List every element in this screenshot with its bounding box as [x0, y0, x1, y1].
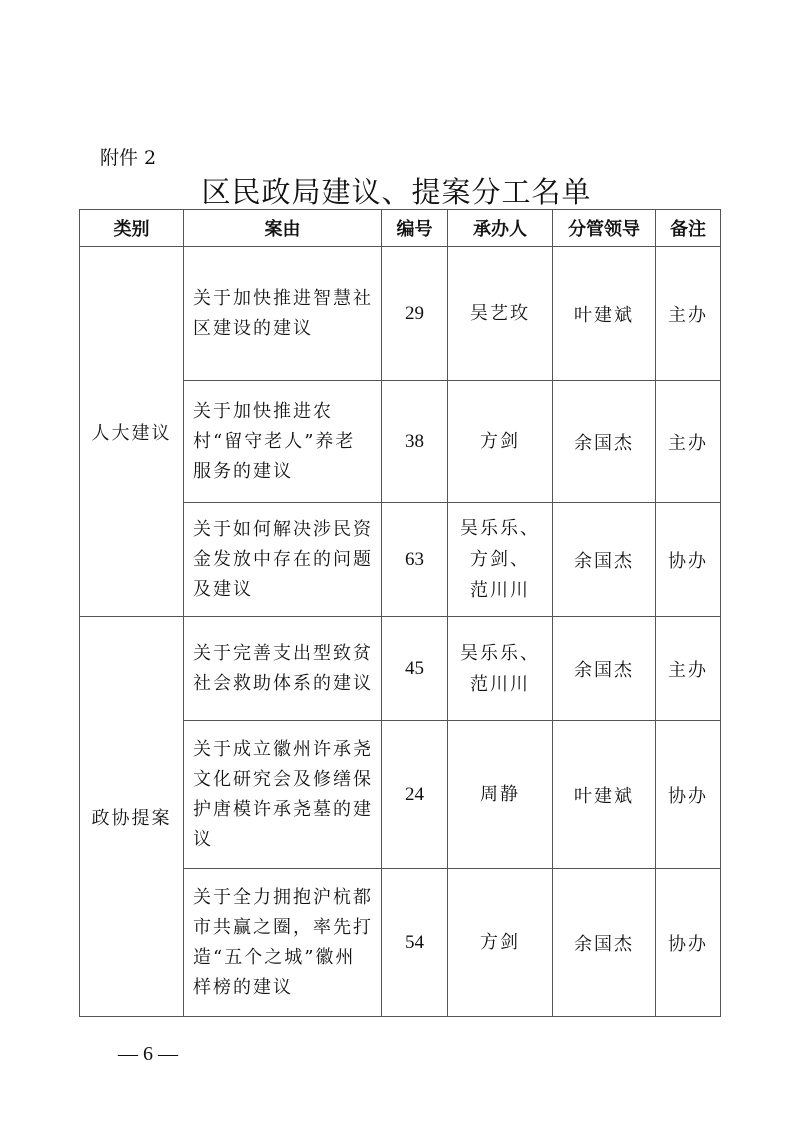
handler-name: 范川川 — [448, 575, 552, 606]
subject-cell: 关于全力拥抱沪杭都市共赢之圈，率先打造“五个之城”徽州样榜的建议 — [184, 869, 382, 1017]
leader-cell: 叶建斌 — [553, 247, 656, 381]
handler-cell: 吴艺玫 — [448, 247, 553, 381]
subject-cell: 关于加快推进农村“留守老人”养老服务的建议 — [184, 381, 382, 503]
leader-cell: 余国杰 — [553, 617, 656, 721]
handler-cell: 方剑 — [448, 381, 553, 503]
subject-cell: 关于如何解决涉民资金发放中存在的问题及建议 — [184, 503, 382, 617]
handler-name: 范川川 — [448, 669, 552, 700]
number-cell: 38 — [382, 381, 448, 503]
number-cell: 63 — [382, 503, 448, 617]
handler-name: 周静 — [448, 779, 552, 810]
handler-name: 吴乐乐、 — [448, 513, 552, 544]
note-cell: 协办 — [656, 721, 721, 869]
table-row: 人大建议 关于加快推进智慧社区建设的建议 29 吴艺玫 叶建斌 主办 — [80, 247, 721, 381]
handler-name: 方剑 — [448, 927, 552, 958]
handler-cell: 周静 — [448, 721, 553, 869]
subject-cell: 关于加快推进智慧社区建设的建议 — [184, 247, 382, 381]
number-cell: 24 — [382, 721, 448, 869]
subject-cell: 关于成立徽州许承尧文化研究会及修缮保护唐模许承尧墓的建议 — [184, 721, 382, 869]
page-number: — 6 — — [118, 1043, 178, 1066]
header-handler: 承办人 — [448, 210, 553, 247]
subject-cell: 关于完善支出型致贫社会救助体系的建议 — [184, 617, 382, 721]
note-cell: 协办 — [656, 503, 721, 617]
number-cell: 29 — [382, 247, 448, 381]
note-cell: 主办 — [656, 381, 721, 503]
handler-cell: 吴乐乐、 范川川 — [448, 617, 553, 721]
category-cell: 政协提案 — [80, 617, 184, 1017]
handler-cell: 方剑 — [448, 869, 553, 1017]
leader-cell: 余国杰 — [553, 503, 656, 617]
attachment-label: 附件 2 — [100, 143, 156, 170]
header-note: 备注 — [656, 210, 721, 247]
table-row: 政协提案 关于完善支出型致贫社会救助体系的建议 45 吴乐乐、 范川川 余国杰 … — [80, 617, 721, 721]
note-cell: 主办 — [656, 617, 721, 721]
assignment-table: 类别 案由 编号 承办人 分管领导 备注 人大建议 关于加快推进智慧社区建设的建… — [79, 209, 721, 1017]
handler-name: 吴乐乐、 — [448, 638, 552, 669]
table-header-row: 类别 案由 编号 承办人 分管领导 备注 — [80, 210, 721, 247]
number-cell: 54 — [382, 869, 448, 1017]
note-cell: 协办 — [656, 869, 721, 1017]
handler-name: 吴艺玫 — [448, 298, 552, 329]
header-subject: 案由 — [184, 210, 382, 247]
leader-cell: 余国杰 — [553, 381, 656, 503]
leader-cell: 叶建斌 — [553, 721, 656, 869]
leader-cell: 余国杰 — [553, 869, 656, 1017]
handler-name: 方剑、 — [448, 544, 552, 575]
note-cell: 主办 — [656, 247, 721, 381]
header-leader: 分管领导 — [553, 210, 656, 247]
handler-cell: 吴乐乐、 方剑、 范川川 — [448, 503, 553, 617]
header-category: 类别 — [80, 210, 184, 247]
number-cell: 45 — [382, 617, 448, 721]
header-number: 编号 — [382, 210, 448, 247]
document-title: 区民政局建议、提案分工名单 — [0, 170, 793, 211]
handler-name: 方剑 — [448, 426, 552, 457]
category-cell: 人大建议 — [80, 247, 184, 617]
